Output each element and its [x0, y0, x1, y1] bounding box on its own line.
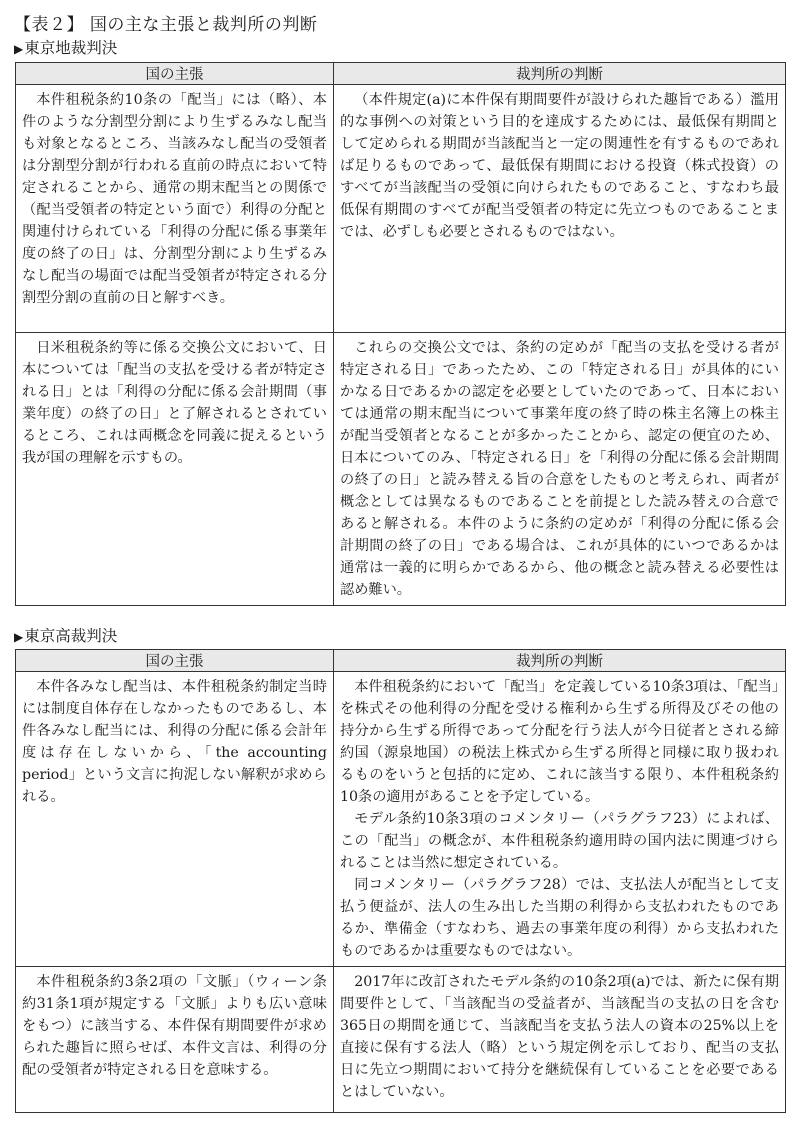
court-judgment-cell: これらの交換公文では、条約の定めが「配当の支払を受ける者が特定される日」であった… [334, 333, 786, 606]
column-header-court-judgment: 裁判所の判断 [334, 650, 786, 672]
column-header-court-judgment: 裁判所の判断 [334, 63, 786, 85]
table-header-row: 国の主張 裁判所の判断 [16, 650, 786, 672]
triangle-marker-icon: ▶ [14, 42, 23, 56]
table-row: 本件租税条約3条2項の「文脈」（ウィーン条約31条1項が規定する「文脈」よりも広… [16, 967, 786, 1113]
column-header-government-claim: 国の主張 [16, 63, 334, 85]
column-header-government-claim: 国の主張 [16, 650, 334, 672]
table-tokyo-high-court: 国の主張 裁判所の判断 本件各みなし配当は、本件租税条約制定当時には制度自体存在… [15, 649, 786, 1113]
table-row: 本件各みなし配当は、本件租税条約制定当時には制度自体存在しなかったものであるし、… [16, 672, 786, 967]
government-claim-cell: 本件租税条約10条の「配当」には（略）、本件のような分割型分割により生ずるみなし… [16, 85, 334, 333]
government-claim-cell: 本件租税条約3条2項の「文脈」（ウィーン条約31条1項が規定する「文脈」よりも広… [16, 967, 334, 1113]
court-judgment-cell: （本件規定(a)に本件保有期間要件が設けられた趣旨である）濫用的な事例への対策と… [334, 85, 786, 333]
government-claim-cell: 本件各みなし配当は、本件租税条約制定当時には制度自体存在しなかったものであるし、… [16, 672, 334, 967]
triangle-marker-icon: ▶ [14, 630, 23, 644]
section-heading-tokyo-district: ▶東京地裁判決 [14, 36, 117, 58]
table-row: 本件租税条約10条の「配当」には（略）、本件のような分割型分割により生ずるみなし… [16, 85, 786, 333]
table-tokyo-district-court: 国の主張 裁判所の判断 本件租税条約10条の「配当」には（略）、本件のような分割… [15, 62, 786, 606]
government-claim-cell: 日米租税条約等に係る交換公文において、日本については「配当の支払を受ける者が特定… [16, 333, 334, 606]
court-judgment-cell: 本件租税条約において「配当」を定義している10条3項は、「配当」を株式その他利得… [334, 672, 786, 967]
section-heading-tokyo-high: ▶東京高裁判決 [14, 624, 117, 646]
table-row: 日米租税条約等に係る交換公文において、日本については「配当の支払を受ける者が特定… [16, 333, 786, 606]
document-title: 【表２】 国の主な主張と裁判所の判断 [14, 10, 317, 35]
table-header-row: 国の主張 裁判所の判断 [16, 63, 786, 85]
court-judgment-cell: 2017年に改訂されたモデル条約の10条2項(a)では、新たに保有期間要件として… [334, 967, 786, 1113]
